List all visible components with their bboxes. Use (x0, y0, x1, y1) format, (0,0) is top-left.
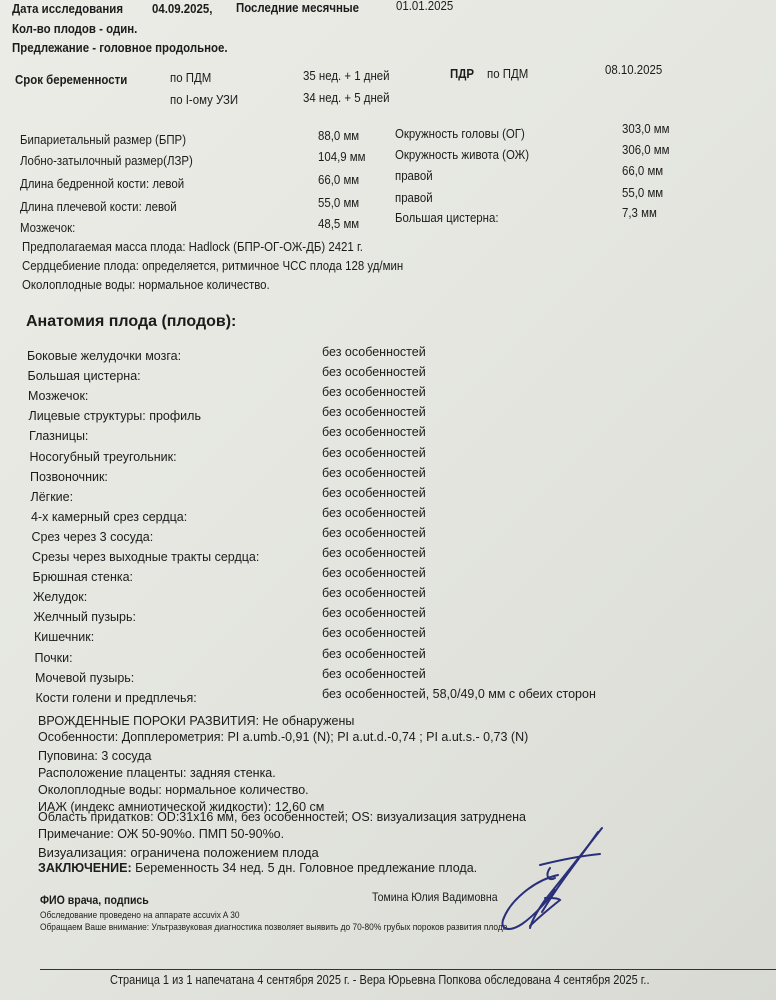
doctor-label: ФИО врача, подпись (40, 893, 149, 907)
amniotic-fluid-2: Околоплодные воды: нормальное количество… (38, 783, 309, 797)
edd-sub-label: по ПДМ (487, 66, 528, 81)
anatomy-value: без особенностей, 58,0/49,0 мм с обеих с… (322, 687, 596, 701)
biometry-label: Бипариетальный размер (БПР) (20, 132, 186, 147)
biometry-label-2: Окружность живота (ОЖ) (395, 147, 529, 162)
disclaimer: Обращаем Ваше внимание: Ультразвуковая д… (40, 922, 510, 933)
biometry-value: 55,0 мм (318, 195, 359, 210)
lmp-date: 01.01.2025 (396, 0, 453, 13)
anatomy-label: Срез через 3 сосуда: (32, 530, 154, 544)
edd-label: ПДР (450, 66, 474, 81)
adnexa: Область придатков: OD:31x16 мм, без особ… (38, 810, 526, 824)
anatomy-value: без особенностей (322, 647, 426, 661)
anatomy-value: без особенностей (322, 446, 426, 460)
lmp-label: Последние месячные (236, 0, 359, 15)
gestation-by-lmp: 35 нед. + 1 дней (303, 68, 390, 83)
page-info: Страница 1 из 1 напечатана 4 сентября 20… (110, 973, 650, 987)
anatomy-value: без особенностей (322, 385, 426, 399)
signature-icon (500, 820, 650, 940)
anatomy-value: без особенностей (322, 365, 426, 379)
anatomy-label: Кишечник: (34, 630, 94, 644)
anatomy-value: без особенностей (322, 506, 426, 520)
anatomy-label: Глазницы: (29, 429, 88, 443)
gestation-by-us-label: по I-ому УЗИ (170, 92, 238, 107)
biometry-label: Длина плечевой кости: левой (20, 199, 177, 214)
fetal-weight: Предполагаемая масса плода: Hadlock (БПР… (22, 239, 363, 254)
biometry-label: Мозжечок: (20, 220, 75, 235)
biometry-value: 88,0 мм (318, 128, 359, 143)
doctor-name: Томина Юлия Вадимовна (372, 890, 498, 904)
anatomy-value: без особенностей (322, 667, 426, 681)
biometry-value-2: 303,0 мм (622, 121, 670, 136)
heartbeat: Сердцебиение плода: определяется, ритмич… (22, 258, 403, 273)
doppler: Особенности: Допплерометрия: PI a.umb.-0… (38, 730, 528, 744)
biometry-label-2: правой (395, 190, 433, 205)
anatomy-value: без особенностей (322, 405, 426, 419)
anatomy-label: Большая цистерна: (28, 369, 141, 383)
anatomy-label: Лицевые структуры: профиль (29, 409, 201, 423)
amniotic-fluid: Околоплодные воды: нормальное количество… (22, 277, 270, 292)
visualization: Визуализация: ограничена положением плод… (38, 845, 319, 860)
biometry-value-2: 55,0 мм (622, 185, 663, 200)
device-info: Обследование проведено на аппарате accuv… (40, 910, 239, 921)
biometry-value: 66,0 мм (318, 172, 359, 187)
edd-date: 08.10.2025 (605, 62, 662, 77)
anatomy-label: Срезы через выходные тракты сердца: (32, 550, 259, 564)
anatomy-value: без особенностей (322, 566, 426, 580)
anatomy-value: без особенностей (322, 586, 426, 600)
anatomy-label: Позвоночник: (30, 470, 108, 484)
gestation-by-us: 34 нед. + 5 дней (303, 90, 390, 105)
gestation-label: Срок беременности (15, 72, 127, 87)
anatomy-label: Боковые желудочки мозга: (27, 349, 181, 363)
biometry-value-2: 66,0 мм (622, 163, 663, 178)
biometry-value-2: 7,3 мм (622, 205, 657, 220)
footer-divider (40, 969, 776, 970)
biometry-label-2: Большая цистерна: (395, 210, 499, 225)
conclusion-text: Беременность 34 нед. 5 дн. Головное пред… (135, 861, 477, 875)
anatomy-label: Почки: (35, 651, 73, 665)
biometry-label: Длина бедренной кости: левой (20, 176, 184, 191)
umbilical-cord: Пуповина: 3 сосуда (38, 749, 151, 763)
exam-date: 04.09.2025, (152, 1, 212, 16)
biometry-value: 48,5 мм (318, 216, 359, 231)
biometry-label-2: Окружность головы (ОГ) (395, 126, 525, 141)
anatomy-value: без особенностей (322, 626, 426, 640)
anatomy-label: Носогубный треугольник: (30, 450, 177, 464)
anatomy-value: без особенностей (322, 486, 426, 500)
gestation-by-lmp-label: по ПДМ (170, 70, 211, 85)
conclusion-label: ЗАКЛЮЧЕНИЕ: (38, 861, 132, 875)
biometry-label-2: правой (395, 168, 433, 183)
anatomy-title: Анатомия плода (плодов): (26, 313, 236, 331)
biometry-value-2: 306,0 мм (622, 142, 670, 157)
conclusion: ЗАКЛЮЧЕНИЕ: Беременность 34 нед. 5 дн. Г… (38, 861, 477, 875)
anatomy-label: Мочевой пузырь: (35, 671, 134, 685)
fetus-count: Кол-во плодов - один. (12, 21, 137, 36)
anatomy-label: Мозжечок: (28, 389, 88, 403)
presentation: Предлежание - головное продольное. (12, 40, 228, 55)
anatomy-label: Желудок: (33, 590, 87, 604)
anatomy-label: 4-х камерный срез сердца: (31, 510, 187, 524)
anatomy-value: без особенностей (322, 546, 426, 560)
anatomy-value: без особенностей (322, 606, 426, 620)
anatomy-label: Желчный пузырь: (34, 610, 136, 624)
note: Примечание: ОЖ 50-90%о. ПМП 50-90%о. (38, 827, 284, 841)
malformations: ВРОЖДЕННЫЕ ПОРОКИ РАЗВИТИЯ: Не обнаружен… (38, 714, 354, 728)
anatomy-label: Брюшная стенка: (33, 570, 134, 584)
anatomy-value: без особенностей (322, 425, 426, 439)
anatomy-value: без особенностей (322, 526, 426, 540)
placenta: Расположение плаценты: задняя стенка. (38, 766, 276, 780)
anatomy-label: Лёгкие: (31, 490, 74, 504)
biometry-label: Лобно-затылочный размер(ЛЗР) (20, 153, 193, 168)
exam-date-label: Дата исследования (12, 1, 123, 16)
anatomy-value: без особенностей (322, 345, 426, 359)
biometry-value: 104,9 мм (318, 149, 366, 164)
anatomy-value: без особенностей (322, 466, 426, 480)
anatomy-label: Кости голени и предплечья: (36, 691, 197, 705)
